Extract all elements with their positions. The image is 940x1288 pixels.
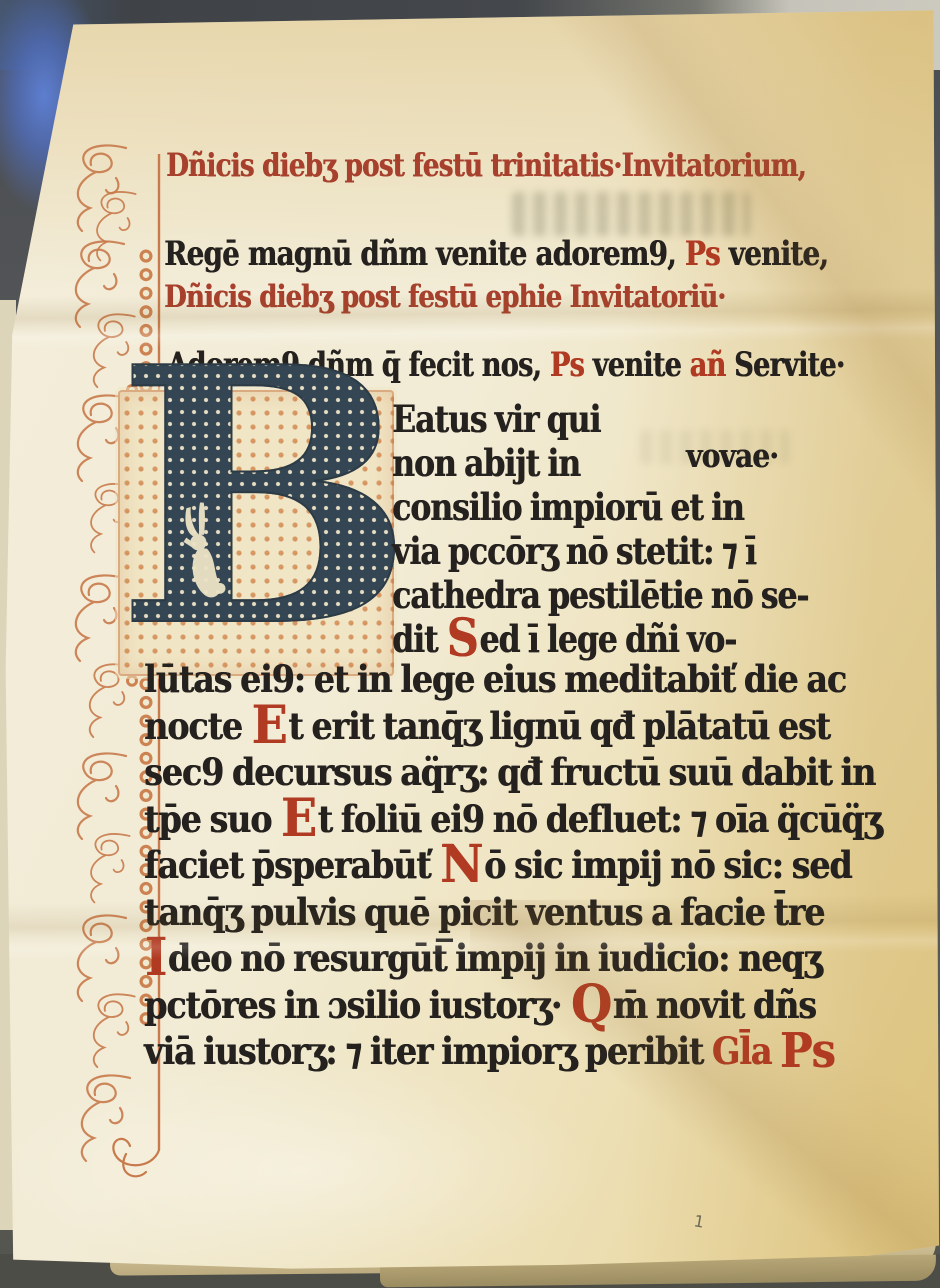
psalm-line: viā iustorʒ: ⁊ iter impiorʒ peribit Gl̄a… <box>144 1028 881 1075</box>
rubric-trinity-heading: Dñicis diebʒ post festū trinitatis·Invit… <box>166 146 806 184</box>
gloria-cue: Gl̄a <box>712 1029 780 1073</box>
psalm-line: pctōres in ɔsilio iustorʒ· Qm̄ novit dñs <box>144 982 881 1029</box>
psalm-line: nocte Et erit tanq̄ʒ lignū qđ plātatū es… <box>144 703 881 750</box>
psalm-line: tanq̄ʒ pulvis quē p̲icit ventus a facie … <box>144 889 881 936</box>
psalm-text: t erit tanq̄ʒ lignū qđ plātatū est <box>288 704 830 748</box>
lombard-initial-N: N <box>440 834 482 895</box>
psalm-text: ō sic impij nō sic: sed <box>484 843 851 887</box>
psalm-cue: Ps <box>550 345 584 385</box>
psalm-line: tp̄e suo Et foliū ei9 nō defluet: ⁊ oīa … <box>144 796 881 843</box>
antiphon-text: venite, <box>729 234 828 274</box>
manuscript-page: Dñicis diebʒ post festū trinitatis·Invit… <box>0 0 940 1288</box>
antiphon-text: Regē magnū dñm venite adorem9, <box>164 234 676 274</box>
psalm-column-beside-initial: Eatus vir qui non abijt in consilio impi… <box>392 397 882 661</box>
psalm-text: nocte <box>144 704 251 748</box>
psalm-line: consilio impiorū et in <box>392 485 808 529</box>
lombard-initial-E: E <box>281 788 316 849</box>
psalm-line: Ideo nō resurgūt impij in iudicio: neqʒ <box>144 935 881 982</box>
psalm-cue: Ps <box>685 234 720 274</box>
psalm-line: non abijt in <box>392 441 808 485</box>
psalm-text: tp̄e suo <box>144 797 280 841</box>
lombard-initial-Q: Q <box>571 974 611 1035</box>
psalm-text: deo nō resurgūt impij in iudicio: neqʒ <box>168 936 821 980</box>
psalm-line: dit Sed ī lege dñi vo- <box>392 617 808 661</box>
psalm-line: sec9 decursus aq̈rʒ: qđ fructū suū dabit… <box>144 749 881 796</box>
antiphon-text: Servite· <box>734 345 844 385</box>
psalm-column-full-width: lūtas ei9: et in lege eius meditabiť die… <box>144 656 940 1075</box>
psalm-line: Eatus vir qui <box>392 397 808 441</box>
psalm-text: faciet p̄sperabūť <box>144 843 439 887</box>
initial-letter-B: B <box>116 322 414 674</box>
psalm-cue: Ps <box>780 1023 835 1079</box>
psalm-text: m̄ novit dñs <box>613 983 816 1027</box>
psalm-text: t foliū ei9 nō defluet: ⁊ oīa q̈cūq̈ʒ <box>318 797 882 841</box>
antiphon-cue: añ <box>690 345 726 385</box>
antiphon-text: venite <box>593 345 681 385</box>
psalm-text: dit <box>392 617 446 661</box>
psalm-text: viā iustorʒ: ⁊ iter impiorʒ peribit <box>144 1029 712 1073</box>
psalm-line: faciet p̄sperabūť Nō sic impij nō sic: s… <box>144 842 881 889</box>
psalm-text: ed ī lege dñi vo- <box>479 617 736 661</box>
lombard-initial-E: E <box>251 695 286 756</box>
psalm-text: pctōres in ɔsilio iustorʒ· <box>144 983 570 1027</box>
illuminated-initial-B: B <box>118 390 394 676</box>
verso-show-through <box>512 192 750 236</box>
lombard-initial-I: I <box>145 927 166 988</box>
antiphon-rege-line: Regē magnū dñm venite adorem9, Ps venite… <box>164 234 828 274</box>
psalm-line: via pccōrʒ nō stetit: ⁊ ī <box>392 529 808 573</box>
pencil-page-number: 1 <box>692 1211 705 1231</box>
